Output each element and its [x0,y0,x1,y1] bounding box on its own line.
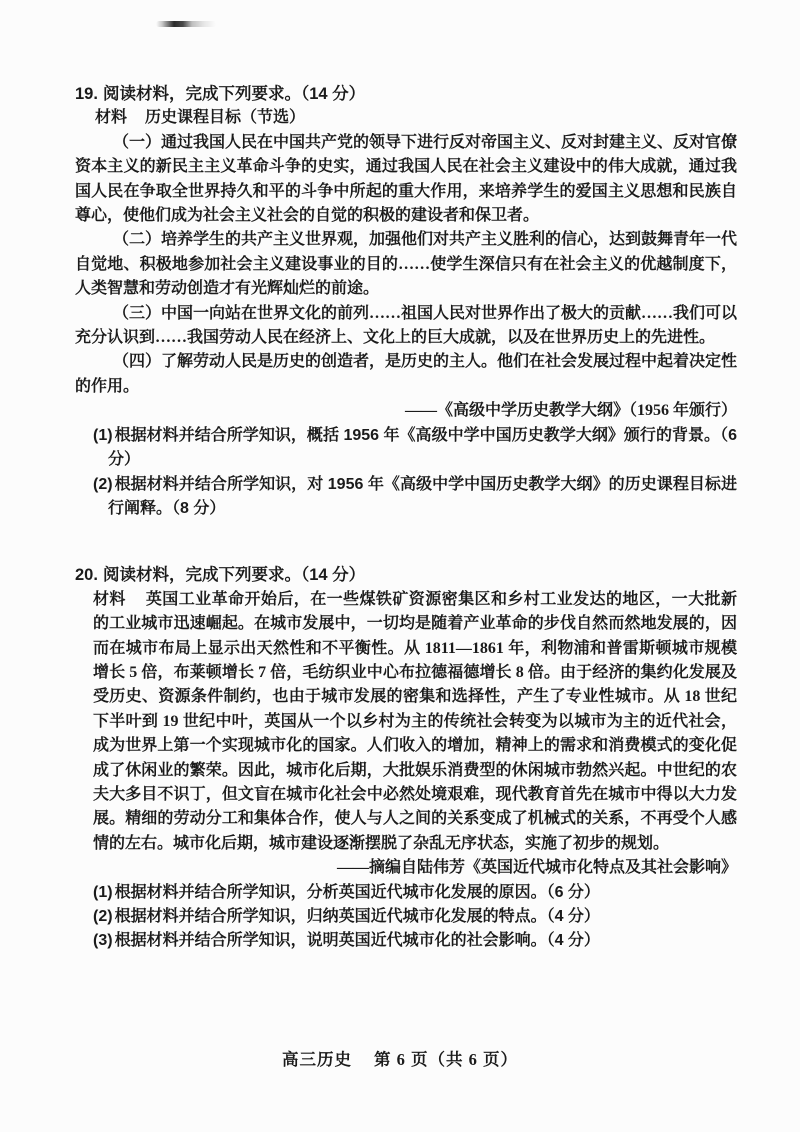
question-19-subquestion-1: (1)根据材料并结合所学知识，概括 1956 年《高级中学中国历史教学大纲》颁行… [93,424,737,473]
question-19-material-heading: 材料历史课程目标（节选） [95,106,737,130]
question-20-material: 材料英国工业革命开始后，在一些煤铁矿资源密集区和乡村工业发达的地区，一大批新的工… [93,588,737,856]
page-content: 19.阅读材料，完成下列要求。（14 分） 材料历史课程目标（节选） （一）通过… [75,82,737,954]
page-footer: 高三历史第 6 页（共 6 页） [0,1048,800,1072]
material-paragraph-2: （二）培养学生的共产主义世界观，加强他们对共产主义胜利的信心，达到鼓舞青年一代自… [75,228,737,301]
question-20-source-attribution: ——摘编自陆伟芳《英国近代城市化特点及其社会影响》 [75,856,737,880]
subquestion-text: 根据材料并结合所学知识，对 1956 年《高级中学中国历史教学大纲》的历史课程目… [108,476,737,517]
subquestion-marker: (3) [93,932,113,949]
question-19-number: 19. [75,85,98,103]
question-19-stem-text: 阅读材料，完成下列要求。（14 分） [103,85,365,103]
question-20-subquestion-3: (3)根据材料并结合所学知识，说明英国近代城市化的社会影响。（4 分） [93,929,737,953]
scan-smudge-artifact [156,21,216,27]
subquestion-text: 根据材料并结合所学知识，说明英国近代城市化的社会影响。（4 分） [115,932,600,949]
subquestion-marker: (1) [93,427,113,444]
footer-course-title: 高三历史 [282,1050,352,1069]
question-20-stem-text: 阅读材料，完成下列要求。（14 分） [103,566,365,584]
question-19-source-attribution: ——《高级中学历史教学大纲》（1956 年颁行） [75,399,737,423]
subquestion-text: 根据材料并结合所学知识，分析英国近代城市化发展的原因。（6 分） [115,884,600,901]
subquestion-marker: (2) [93,908,113,925]
material-paragraph-4: （四）了解劳动人民是历史的创造者，是历史的主人。他们在社会发展过程中起着决定性的… [75,350,737,399]
question-20-stem: 20.阅读材料，完成下列要求。（14 分） [75,563,737,587]
question-20-number: 20. [75,566,98,584]
material-paragraph-3: （三）中国一向站在世界文化的前列……祖国人民对世界作出了极大的贡献……我们可以充… [75,302,737,351]
question-19-subquestion-2: (2)根据材料并结合所学知识，对 1956 年《高级中学中国历史教学大纲》的历史… [93,473,737,522]
material-title: 历史课程目标（节选） [145,109,305,126]
subquestion-text: 根据材料并结合所学知识，概括 1956 年《高级中学中国历史教学大纲》颁行的背景… [108,427,737,468]
question-20-subquestion-2: (2)根据材料并结合所学知识，归纳英国近代城市化发展的特点。（4 分） [93,905,737,929]
question-19-stem: 19.阅读材料，完成下列要求。（14 分） [75,82,737,106]
material-label: 材料 [95,109,127,126]
footer-page-number: 第 6 页（共 6 页） [374,1050,518,1069]
subquestion-marker: (1) [93,884,113,901]
subquestion-marker: (2) [93,476,113,493]
exam-page: 19.阅读材料，完成下列要求。（14 分） 材料历史课程目标（节选） （一）通过… [0,0,800,1132]
question-19: 19.阅读材料，完成下列要求。（14 分） 材料历史课程目标（节选） （一）通过… [75,82,737,521]
question-20: 20.阅读材料，完成下列要求。（14 分） 材料英国工业革命开始后，在一些煤铁矿… [75,563,737,954]
material-label: 材料 [93,591,126,608]
material-paragraph-1: （一）通过我国人民在中国共产党的领导下进行反对帝国主义、反对封建主义、反对官僚资… [75,131,737,229]
material-text: 英国工业革命开始后，在一些煤铁矿资源密集区和乡村工业发达的地区，一大批新的工业城… [93,591,737,852]
subquestion-text: 根据材料并结合所学知识，归纳英国近代城市化发展的特点。（4 分） [115,908,600,925]
question-20-subquestion-1: (1)根据材料并结合所学知识，分析英国近代城市化发展的原因。（6 分） [93,881,737,905]
